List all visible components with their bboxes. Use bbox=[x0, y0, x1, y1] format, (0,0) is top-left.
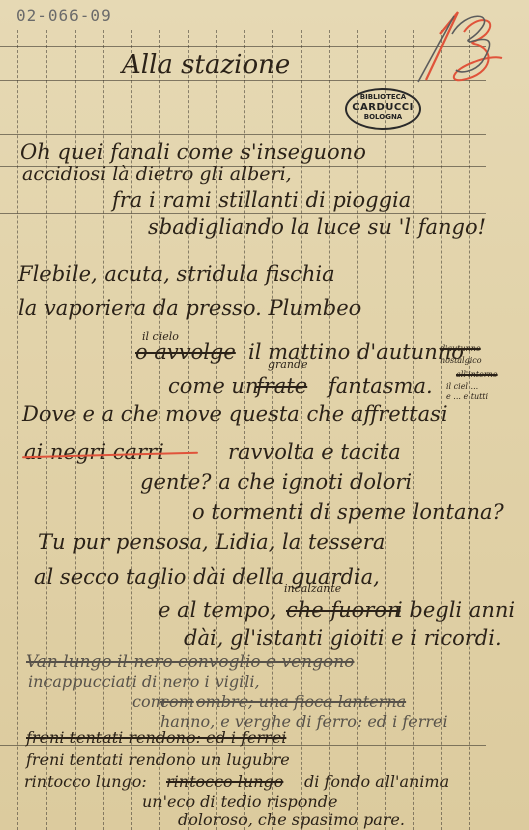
verse-line-prefix: rintocco lungo: bbox=[24, 772, 147, 791]
verse-line: la vaporiera da presso. Plumbeo bbox=[18, 296, 361, 320]
shelfmark: 02-066-09 bbox=[16, 6, 112, 25]
verse-line: di fondo all'anima bbox=[304, 772, 449, 791]
ruling-line bbox=[17, 30, 18, 830]
ruling-line bbox=[0, 213, 486, 214]
interlinear-insertion: incalzante bbox=[284, 582, 341, 595]
margin-note: e ... e tutti bbox=[446, 392, 488, 401]
stamp-line-3: BOLOGNA bbox=[347, 114, 419, 121]
ruling-line bbox=[413, 30, 414, 830]
verse-line: Tu pur pensosa, Lidia, la tessera bbox=[38, 530, 385, 554]
margin-note: all'intorno bbox=[456, 370, 498, 379]
verse-line: doloroso, che spasimo pare. bbox=[178, 810, 405, 829]
verse-line: i begli anni bbox=[396, 598, 515, 622]
verse-line: incappucciati di nero i vigili, bbox=[28, 672, 260, 691]
margin-note: il ciel ... bbox=[446, 382, 478, 391]
verse-line: Oh quei fanali come s'inseguono bbox=[20, 140, 366, 164]
margin-note: nostalgico bbox=[440, 356, 482, 365]
verse-line-underlined: ai negri carri bbox=[24, 440, 164, 464]
margin-note: d'autunno bbox=[440, 344, 481, 353]
interlinear-insertion: grande bbox=[268, 358, 308, 371]
verse-line: accidiosi là dietro gli alberi, bbox=[22, 163, 292, 185]
ruling-line bbox=[0, 134, 486, 135]
struck-text: frate bbox=[256, 374, 307, 398]
verse-line: dài, gl'istanti gioiti e i ricordi. bbox=[184, 626, 502, 650]
folio-number-icon bbox=[404, 4, 504, 84]
verse-line: Flebile, acuta, stridula fischia bbox=[18, 262, 335, 286]
poem-title: Alla stazione bbox=[122, 50, 290, 80]
struck-text: freni tentati rendono: ed i ferrei bbox=[26, 728, 286, 747]
struck-text: com bbox=[160, 692, 194, 711]
verse-line-prefix: e al tempo, bbox=[158, 598, 277, 622]
verse-line: gente? a che ignoti dolori bbox=[140, 470, 412, 494]
stamp-line-1: BIBLIOTECA bbox=[347, 94, 419, 101]
struck-text: rintocco lungo bbox=[166, 772, 283, 791]
ruling-line bbox=[441, 30, 442, 830]
verse-line: fra i rami stillanti di pioggia bbox=[112, 188, 411, 212]
verse-line-prefix: come un bbox=[168, 374, 258, 398]
stamp-line-2: CARDUCCI bbox=[347, 103, 419, 113]
verse-line: ravvolta e tacita bbox=[228, 440, 401, 464]
verse-line: fantasma. bbox=[328, 374, 433, 398]
verse-line: sbadigliando la luce su 'l fango! bbox=[148, 215, 486, 239]
verse-line: o tormenti di speme lontana? bbox=[192, 500, 504, 524]
verse-line: freni tentati rendono un lugubre bbox=[26, 750, 290, 769]
verse-line: Dove e a che move questa che affrettasi bbox=[22, 402, 448, 426]
verse-line: un'eco di tedio risponde bbox=[142, 792, 337, 811]
struck-text: Van lungo il nero convoglio e vengono bbox=[26, 652, 354, 672]
struck-text: che fuoron bbox=[286, 598, 401, 622]
manuscript-page: 02-066-09 BIBLIOTECA CARDUCCI BOLOGNA Al… bbox=[0, 0, 529, 830]
ruling-line bbox=[469, 30, 470, 830]
library-stamp: BIBLIOTECA CARDUCCI BOLOGNA bbox=[345, 88, 421, 130]
struck-text: o avvolge bbox=[135, 340, 236, 364]
verse-line: ombre; una fioca lanterna bbox=[196, 692, 406, 711]
